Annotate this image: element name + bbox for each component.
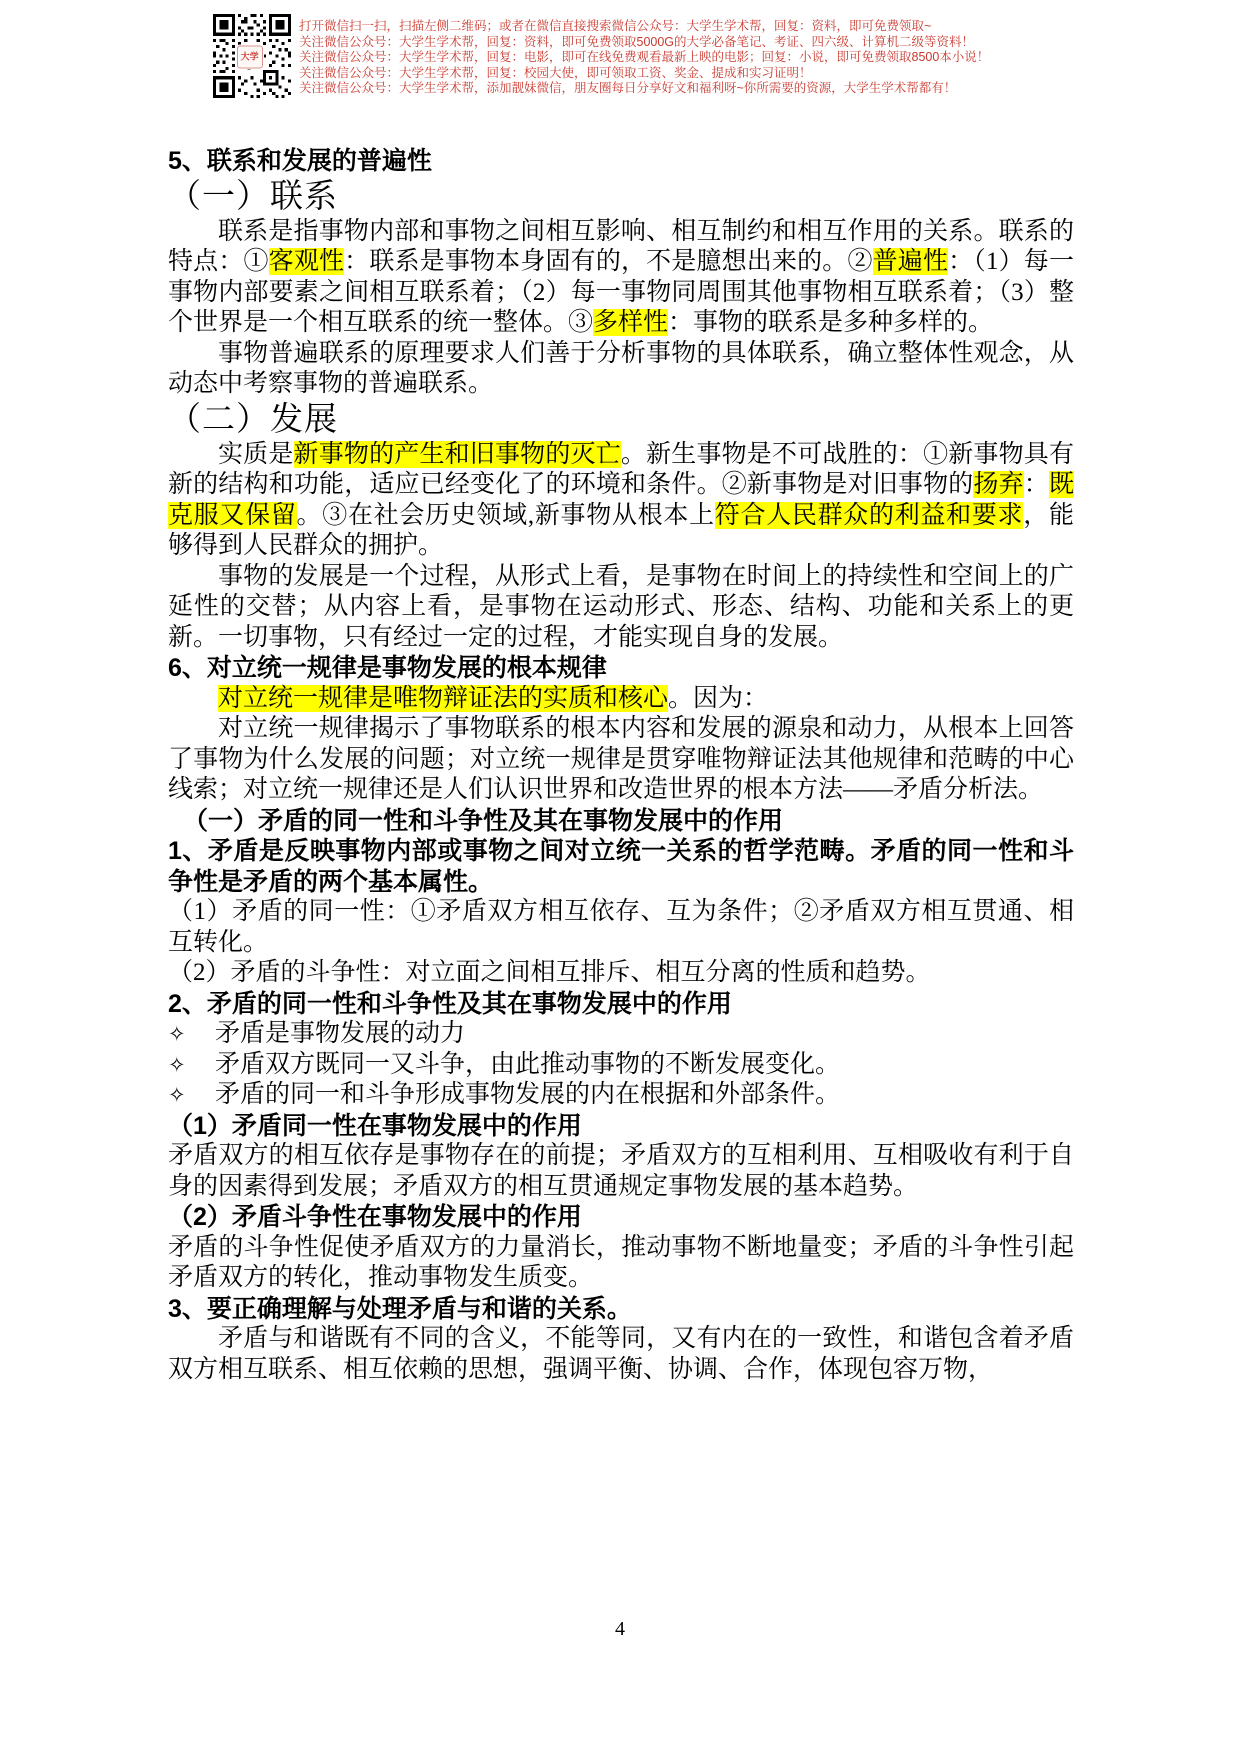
diamond-bullet-icon: ✧ [168, 1050, 215, 1081]
promo-line: 打开微信扫一扫，扫描左侧二维码；或者在微信直接搜索微信公众号：大学生学术帮，回复… [299, 19, 989, 35]
highlighted-text: 新事物的产生和旧事物的灭亡 [294, 441, 621, 468]
heading-fazhan: （二）发展 [168, 400, 1074, 440]
paragraph-role-douzheng: 矛盾的斗争性促使矛盾双方的力量消长，推动事物不断地量变；矛盾的斗争性引起矛盾双方… [168, 1233, 1074, 1294]
paragraph-core-reason: 对立统一规律揭示了事物联系的根本内容和发展的源泉和动力，从根本上回答了事物为什么… [168, 714, 1074, 806]
qr-code: 大学 [213, 14, 291, 98]
text-run: 5、联系和发展的普遍性 [168, 147, 432, 175]
text-run: ：事物的联系是多种多样的。 [668, 309, 993, 336]
highlighted-text: 符合人民群众的利益和要求 [715, 502, 1023, 529]
heading-lianxi: （一）联系 [168, 177, 1074, 217]
bullet-item: ✧ 矛盾双方既同一又斗争，由此推动事物的不断发展变化。 [168, 1050, 1074, 1081]
document-body: 5、联系和发展的普遍性 （一）联系 联系是指事物内部和事物之间相互影响、相互制约… [168, 146, 1074, 1385]
text-run: 矛盾与和谐既有不同的含义，不能等同，又有内在的一致性，和谐包含着矛盾双方相互联系… [168, 1325, 1074, 1383]
highlighted-text: 客观性 [269, 248, 345, 275]
paragraph-lianxi-definition: 联系是指事物内部和事物之间相互影响、相互制约和相互作用的关系。联系的特点：①客观… [168, 217, 1074, 339]
text-run: 事物的发展是一个过程，从形式上看，是事物在时间上的持续性和空间上的广延性的交替；… [168, 563, 1074, 651]
text-run: （1）矛盾同一性在事物发展中的作用 [168, 1112, 582, 1140]
paragraph-harmony: 矛盾与和谐既有不同的含义，不能等同，又有内在的一致性，和谐包含着矛盾双方相互联系… [168, 1324, 1074, 1385]
promo-line: 关注微信公众号：大学生学术帮，回复：资料，即可免费领取5000G的大学必备笔记、… [299, 35, 989, 51]
highlighted-text: 普遍性 [873, 248, 949, 275]
bullet-item: ✧ 矛盾是事物发展的动力 [168, 1019, 1074, 1050]
text-run: （2）矛盾斗争性在事物发展中的作用 [168, 1203, 582, 1231]
page-number: 4 [0, 1618, 1240, 1641]
document-page: 大学 打开微信扫一扫，扫描左侧二维码；或者在微信直接搜索微信公众号：大学生学术帮… [0, 0, 1240, 1754]
promo-text-block: 打开微信扫一扫，扫描左侧二维码；或者在微信直接搜索微信公众号：大学生学术帮，回复… [299, 14, 989, 97]
promo-line: 关注微信公众号：大学生学术帮，回复：校园大使，即可领取工资、奖金、提成和实习证明… [299, 66, 989, 82]
paragraph-role-tongyi: 矛盾双方的相互依存是事物存在的前提；矛盾双方的互相利用、互相吸收有利于自身的因素… [168, 1141, 1074, 1202]
text-run: 3、要正确理解与处理矛盾与和谐的关系。 [168, 1295, 632, 1323]
text-run: 矛盾的斗争性促使矛盾双方的力量消长，推动事物不断地量变；矛盾的斗争性引起矛盾双方… [168, 1234, 1074, 1292]
text-run: 6、对立统一规律是事物发展的根本规律 [168, 654, 607, 682]
text-run: 。因为： [668, 685, 768, 712]
text-run: ：联系是事物本身固有的，不是臆想出来的。② [344, 248, 872, 275]
bullet-text: 矛盾双方既同一又斗争，由此推动事物的不断发展变化。 [215, 1050, 1074, 1081]
heading-maodun-part1: （一）矛盾的同一性和斗争性及其在事物发展中的作用 [168, 806, 1074, 837]
text-run: ： [1024, 471, 1049, 498]
heading-role-douzheng: （2）矛盾斗争性在事物发展中的作用 [168, 1202, 1074, 1233]
diamond-bullet-icon: ✧ [168, 1080, 215, 1111]
promo-header: 大学 打开微信扫一扫，扫描左侧二维码；或者在微信直接搜索微信公众号：大学生学术帮… [213, 14, 989, 98]
heading-harmony: 3、要正确理解与处理矛盾与和谐的关系。 [168, 1294, 1074, 1325]
text-run: 1、矛盾是反映事物内部或事物之间对立统一关系的哲学范畴。矛盾的同一性和斗争性是矛… [168, 837, 1074, 896]
bullet-item: ✧ 矛盾的同一和斗争形成事物发展的内在根据和外部条件。 [168, 1080, 1074, 1111]
text-run: （1）矛盾的同一性：①矛盾双方相互依存、互为条件；②矛盾双方相互贯通、相互转化。 [168, 898, 1074, 956]
text-run: 对立统一规律揭示了事物联系的根本内容和发展的源泉和动力，从根本上回答了事物为什么… [168, 715, 1074, 803]
text-run: 矛盾双方的相互依存是事物存在的前提；矛盾双方的互相利用、互相吸收有利于自身的因素… [168, 1142, 1074, 1200]
paragraph-lianxi-principle: 事物普遍联系的原理要求人们善于分析事物的具体联系，确立整体性观念，从动态中考察事… [168, 339, 1074, 400]
promo-line: 关注微信公众号：大学生学术帮，回复：电影，即可在线免费观看最新上映的电影；回复：… [299, 50, 989, 66]
highlighted-text: 对立统一规律是唯物辩证法的实质和核心 [218, 685, 668, 712]
bullet-text: 矛盾的同一和斗争形成事物发展的内在根据和外部条件。 [215, 1080, 1074, 1111]
highlighted-text: 扬弃 [973, 471, 1023, 498]
heading-role: 2、矛盾的同一性和斗争性及其在事物发展中的作用 [168, 989, 1074, 1020]
text-run: 实质是 [218, 441, 294, 468]
heading-role-tongyi: （1）矛盾同一性在事物发展中的作用 [168, 1111, 1074, 1142]
text-run: 。③在社会历史领域,新事物从根本上 [297, 502, 715, 529]
heading-section-6: 6、对立统一规律是事物发展的根本规律 [168, 653, 1074, 684]
text-run: 2、矛盾的同一性和斗争性及其在事物发展中的作用 [168, 990, 732, 1018]
text-run: （一）矛盾的同一性和斗争性及其在事物发展中的作用 [183, 807, 783, 835]
promo-line: 关注微信公众号：大学生学术帮，添加靓妹微信，朋友圈每日分享好文和福利呀~你所需要… [299, 81, 989, 97]
bullet-text: 矛盾是事物发展的动力 [215, 1019, 1074, 1050]
text-run: （2）矛盾的斗争性：对立面之间相互排斥、相互分离的性质和趋势。 [168, 959, 931, 986]
diamond-bullet-icon: ✧ [168, 1019, 215, 1050]
paragraph-tongyixing: （1）矛盾的同一性：①矛盾双方相互依存、互为条件；②矛盾双方相互贯通、相互转化。 [168, 897, 1074, 958]
paragraph-fazhan-process: 事物的发展是一个过程，从形式上看，是事物在时间上的持续性和空间上的广延性的交替；… [168, 562, 1074, 654]
qr-center-logo: 大学 [237, 45, 263, 68]
paragraph-fazhan-essence: 实质是新事物的产生和旧事物的灭亡。新生事物是不可战胜的：①新事物具有新的结构和功… [168, 440, 1074, 562]
heading-section-5: 5、联系和发展的普遍性 [168, 146, 1074, 177]
paragraph-douzhengxing: （2）矛盾的斗争性：对立面之间相互排斥、相互分离的性质和趋势。 [168, 958, 1074, 989]
text-run: 事物普遍联系的原理要求人们善于分析事物的具体联系，确立整体性观念，从动态中考察事… [168, 340, 1074, 398]
paragraph-core-law: 对立统一规律是唯物辩证法的实质和核心。因为： [168, 684, 1074, 715]
heading-maodun-definition: 1、矛盾是反映事物内部或事物之间对立统一关系的哲学范畴。矛盾的同一性和斗争性是矛… [168, 836, 1074, 897]
highlighted-text: 多样性 [593, 309, 668, 336]
